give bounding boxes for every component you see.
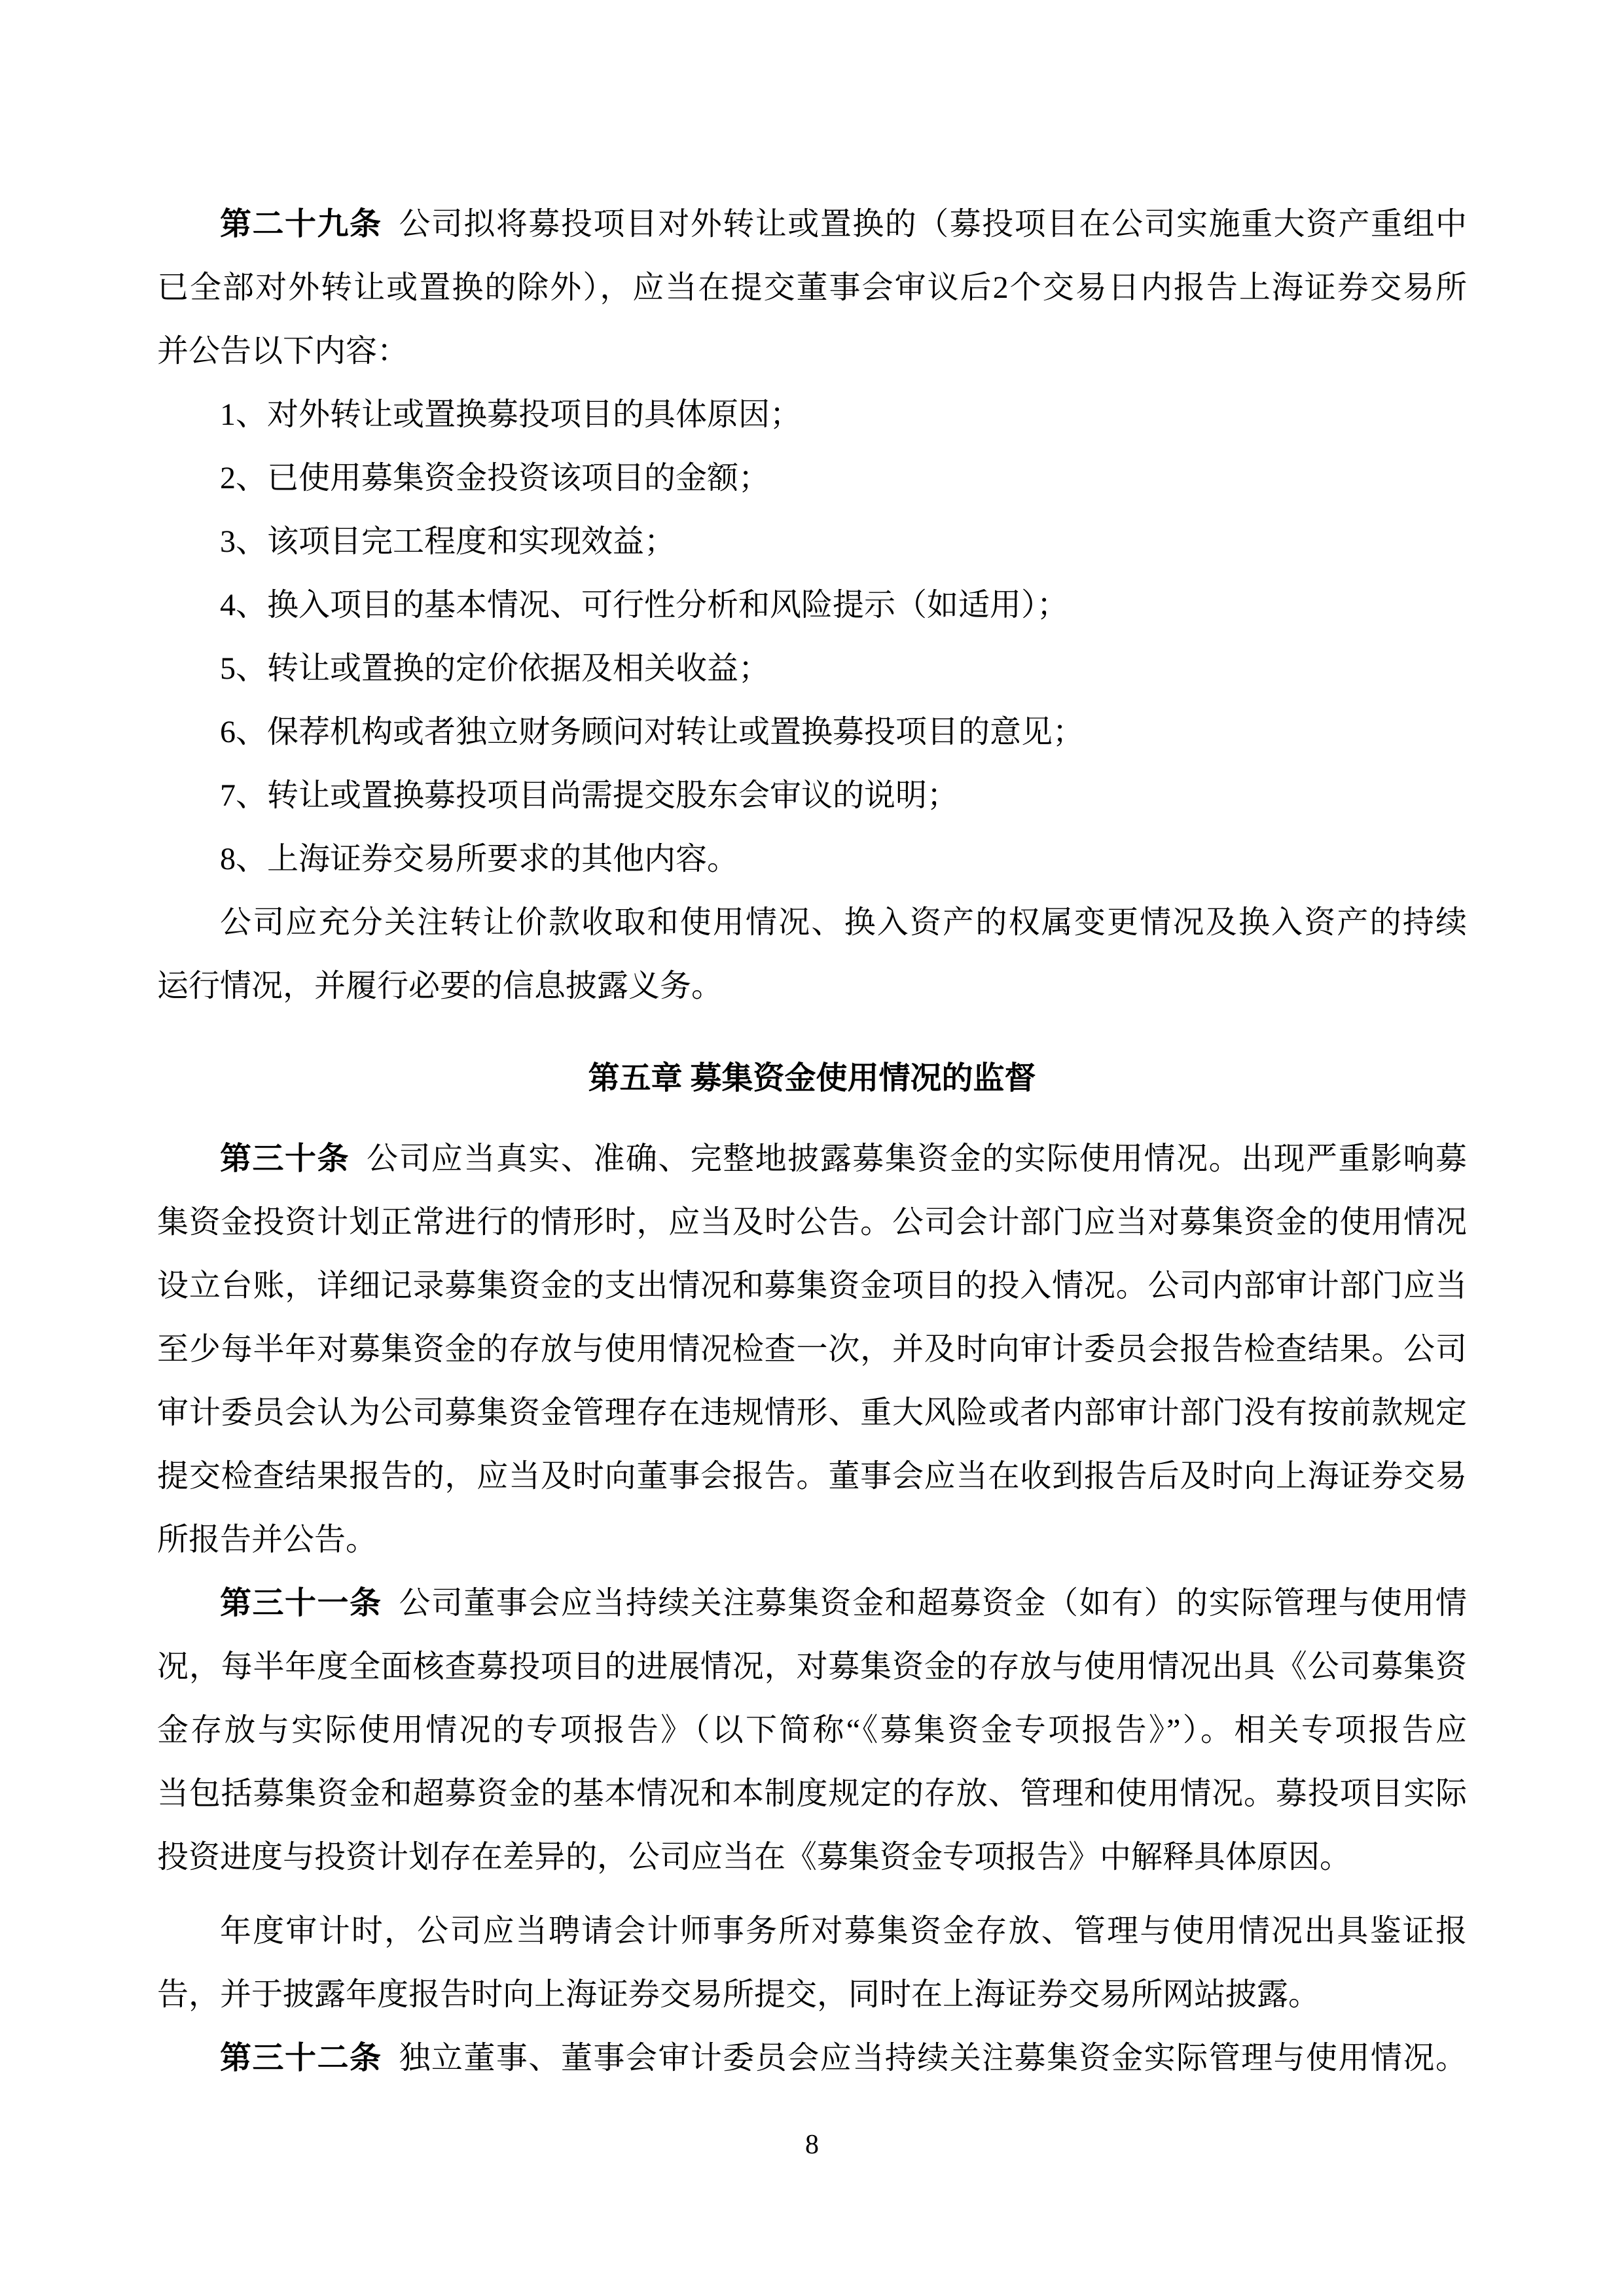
document-line: 金存放与实际使用情况的专项报告》（以下简称“《募集资金专项报告》”）。相关专项报… bbox=[157, 1698, 1467, 1762]
document-line: 第三十条公司应当真实、准确、完整地披露募集资金的实际使用情况。出现严重影响募 bbox=[157, 1127, 1467, 1191]
document-line: 投资进度与投资计划存在差异的，公司应当在《募集资金专项报告》中解释具体原因。 bbox=[157, 1825, 1467, 1889]
article-number: 第二十九条 bbox=[220, 207, 382, 242]
line-text: 并公告以下内容： bbox=[157, 334, 408, 368]
document-page: 第二十九条公司拟将募投项目对外转让或置换的（募投项目在公司实施重大资产重组中已全… bbox=[0, 0, 1624, 2296]
document-line: 当包括募集资金和超募资金的基本情况和本制度规定的存放、管理和使用情况。募投项目实… bbox=[157, 1762, 1467, 1825]
line-text: 提交检查结果报告的，应当及时向董事会报告。董事会应当在收到报告后及时向上海证券交… bbox=[157, 1459, 1467, 1494]
line-text: 金存放与实际使用情况的专项报告》（以下简称“《募集资金专项报告》”）。相关专项报… bbox=[157, 1713, 1467, 1748]
line-text: 设立台账，详细记录募集资金的支出情况和募集资金项目的投入情况。公司内部审计部门应… bbox=[157, 1268, 1467, 1303]
line-text: 3、该项目完工程度和实现效益； bbox=[220, 524, 676, 559]
document-line: 设立台账，详细记录募集资金的支出情况和募集资金项目的投入情况。公司内部审计部门应… bbox=[157, 1254, 1467, 1318]
line-text: 公司应充分关注转让价款收取和使用情况、换入资产的权属变更情况及换入资产的持续 bbox=[220, 905, 1467, 940]
document-line: 3、该项目完工程度和实现效益； bbox=[157, 510, 1467, 573]
line-text: 2、已使用募集资金投资该项目的金额； bbox=[220, 461, 770, 495]
page-number: 8 bbox=[0, 2129, 1624, 2161]
document-line: 运行情况，并履行必要的信息披露义务。 bbox=[157, 954, 1467, 1018]
document-line: 集资金投资计划正常进行的情形时，应当及时公告。公司会计部门应当对募集资金的使用情… bbox=[157, 1191, 1467, 1254]
document-line: 已全部对外转让或置换的除外），应当在提交董事会审议后2个交易日内报告上海证券交易… bbox=[157, 256, 1467, 319]
line-text: 投资进度与投资计划存在差异的，公司应当在《募集资金专项报告》中解释具体原因。 bbox=[157, 1840, 1351, 1874]
line-text: 集资金投资计划正常进行的情形时，应当及时公告。公司会计部门应当对募集资金的使用情… bbox=[157, 1205, 1467, 1240]
line-text: 已全部对外转让或置换的除外），应当在提交董事会审议后2个交易日内报告上海证券交易… bbox=[157, 270, 1467, 305]
line-text: 公司董事会应当持续关注募集资金和超募资金（如有）的实际管理与使用情 bbox=[399, 1586, 1467, 1621]
line-text: 5、转让或置换的定价依据及相关收益； bbox=[220, 651, 770, 686]
line-text: 独立董事、董事会审计委员会应当持续关注募集资金实际管理与使用情况。 bbox=[399, 2041, 1467, 2075]
document-line: 所报告并公告。 bbox=[157, 1508, 1467, 1571]
document-line: 6、保荐机构或者独立财务顾问对转让或置换募投项目的意见； bbox=[157, 700, 1467, 764]
article-number: 第三十条 bbox=[220, 1141, 350, 1176]
document-line: 1、对外转让或置换募投项目的具体原因； bbox=[157, 383, 1467, 446]
document-body: 第二十九条公司拟将募投项目对外转让或置换的（募投项目在公司实施重大资产重组中已全… bbox=[157, 192, 1467, 2090]
document-line: 审计委员会认为公司募集资金管理存在违规情形、重大风险或者内部审计部门没有按前款规… bbox=[157, 1381, 1467, 1444]
line-text: 6、保荐机构或者独立财务顾问对转让或置换募投项目的意见； bbox=[220, 715, 1084, 749]
line-text: 况，每半年度全面核查募投项目的进展情况，对募集资金的存放与使用情况出具《公司募集… bbox=[157, 1649, 1467, 1684]
document-line: 第二十九条公司拟将募投项目对外转让或置换的（募投项目在公司实施重大资产重组中 bbox=[157, 192, 1467, 256]
document-line: 4、换入项目的基本情况、可行性分析和风险提示（如适用）； bbox=[157, 573, 1467, 637]
line-text: 公司拟将募投项目对外转让或置换的（募投项目在公司实施重大资产重组中 bbox=[399, 207, 1467, 242]
line-text: 当包括募集资金和超募资金的基本情况和本制度规定的存放、管理和使用情况。募投项目实… bbox=[157, 1776, 1467, 1811]
line-text: 至少每半年对募集资金的存放与使用情况检查一次，并及时向审计委员会报告检查结果。公… bbox=[157, 1332, 1467, 1367]
line-text: 公司应当真实、准确、完整地披露募集资金的实际使用情况。出现严重影响募 bbox=[367, 1141, 1467, 1176]
line-text: 4、换入项目的基本情况、可行性分析和风险提示（如适用）； bbox=[220, 588, 1068, 622]
line-text: 运行情况，并履行必要的信息披露义务。 bbox=[157, 969, 723, 1003]
document-line: 至少每半年对募集资金的存放与使用情况检查一次，并及时向审计委员会报告检查结果。公… bbox=[157, 1318, 1467, 1381]
document-line: 第三十二条独立董事、董事会审计委员会应当持续关注募集资金实际管理与使用情况。 bbox=[157, 2026, 1467, 2090]
line-text: 1、对外转让或置换募投项目的具体原因； bbox=[220, 397, 801, 432]
line-text: 8、上海证券交易所要求的其他内容。 bbox=[220, 842, 738, 876]
document-line: 5、转让或置换的定价依据及相关收益； bbox=[157, 637, 1467, 700]
line-text: 年度审计时，公司应当聘请会计师事务所对募集资金存放、管理与使用情况出具鉴证报 bbox=[220, 1914, 1467, 1948]
article-number: 第三十一条 bbox=[220, 1586, 382, 1621]
line-text: 告，并于披露年度报告时向上海证券交易所提交，同时在上海证券交易所网站披露。 bbox=[157, 1977, 1320, 2012]
document-line: 并公告以下内容： bbox=[157, 319, 1467, 383]
document-line: 第三十一条公司董事会应当持续关注募集资金和超募资金（如有）的实际管理与使用情 bbox=[157, 1571, 1467, 1635]
document-line: 年度审计时，公司应当聘请会计师事务所对募集资金存放、管理与使用情况出具鉴证报 bbox=[157, 1899, 1467, 1963]
line-text: 所报告并公告。 bbox=[157, 1522, 377, 1557]
line-text: 审计委员会认为公司募集资金管理存在违规情形、重大风险或者内部审计部门没有按前款规… bbox=[157, 1395, 1467, 1430]
document-line: 告，并于披露年度报告时向上海证券交易所提交，同时在上海证券交易所网站披露。 bbox=[157, 1963, 1467, 2026]
document-line: 8、上海证券交易所要求的其他内容。 bbox=[157, 827, 1467, 891]
line-text: 7、转让或置换募投项目尚需提交股东会审议的说明； bbox=[220, 778, 958, 813]
document-line: 公司应充分关注转让价款收取和使用情况、换入资产的权属变更情况及换入资产的持续 bbox=[157, 891, 1467, 954]
document-line: 况，每半年度全面核查募投项目的进展情况，对募集资金的存放与使用情况出具《公司募集… bbox=[157, 1635, 1467, 1698]
article-number: 第三十二条 bbox=[220, 2041, 382, 2075]
document-line: 提交检查结果报告的，应当及时向董事会报告。董事会应当在收到报告后及时向上海证券交… bbox=[157, 1444, 1467, 1508]
document-line: 7、转让或置换募投项目尚需提交股东会审议的说明； bbox=[157, 764, 1467, 827]
document-line: 2、已使用募集资金投资该项目的金额； bbox=[157, 446, 1467, 510]
chapter-heading: 第五章 募集资金使用情况的监督 bbox=[157, 1047, 1467, 1110]
